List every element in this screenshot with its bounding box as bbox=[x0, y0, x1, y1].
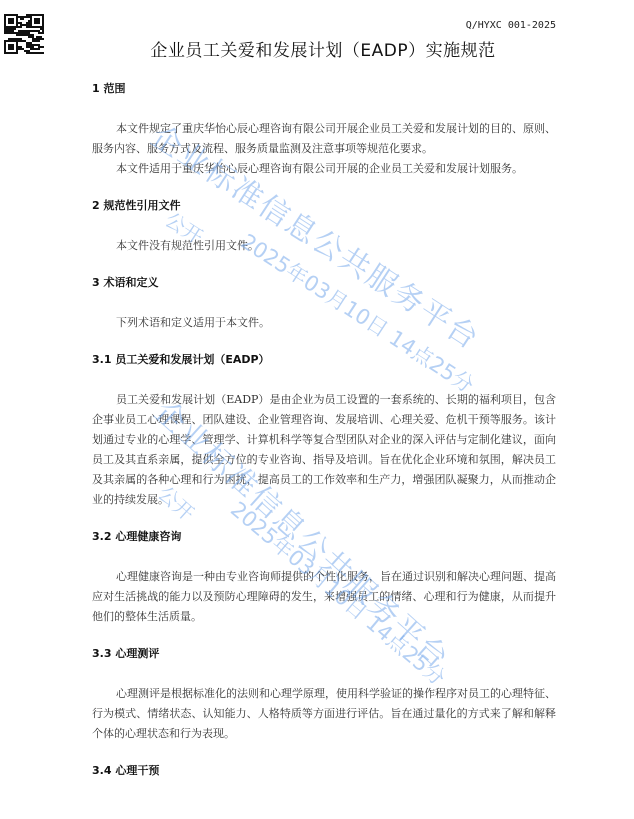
section-heading-eadp: 3.1 员工关爱和发展计划（EADP） bbox=[92, 351, 556, 369]
section-heading-counseling: 3.2 心理健康咨询 bbox=[92, 528, 556, 546]
section-heading-intervention: 3.4 心理干预 bbox=[92, 762, 556, 780]
paragraph: 本文件适用于重庆华怡心辰心理咨询有限公司开展的企业员工关爱和发展计划服务。 bbox=[92, 159, 556, 179]
section-heading-scope: 1 范围 bbox=[92, 80, 556, 98]
paragraph: 员工关爱和发展计划（EADP）是由企业为员工设置的一套系统的、长期的福利项目，包… bbox=[92, 390, 556, 510]
document-code: Q/HYXC 001-2025 bbox=[466, 20, 556, 31]
section-heading-assessment: 3.3 心理测评 bbox=[92, 645, 556, 663]
paragraph: 下列术语和定义适用于本文件。 bbox=[92, 313, 556, 333]
section-heading-terms: 3 术语和定义 bbox=[92, 274, 556, 292]
paragraph: 心理测评是根据标准化的法则和心理学原理，使用科学验证的操作程序对员工的心理特征、… bbox=[92, 684, 556, 744]
section-heading-normative-references: 2 规范性引用文件 bbox=[92, 197, 556, 215]
paragraph: 心理健康咨询是一种由专业咨询师提供的个性化服务，旨在通过识别和解决心理问题、提高… bbox=[92, 567, 556, 627]
paragraph: 本文件规定了重庆华怡心辰心理咨询有限公司开展企业员工关爱和发展计划的目的、原则、… bbox=[92, 119, 556, 159]
paragraph: 本文件没有规范性引用文件。 bbox=[92, 236, 556, 256]
document-title: 企业员工关爱和发展计划（EADP）实施规范 bbox=[0, 36, 634, 61]
document-body: 1 范围 本文件规定了重庆华怡心辰心理咨询有限公司开展企业员工关爱和发展计划的目… bbox=[92, 80, 556, 780]
